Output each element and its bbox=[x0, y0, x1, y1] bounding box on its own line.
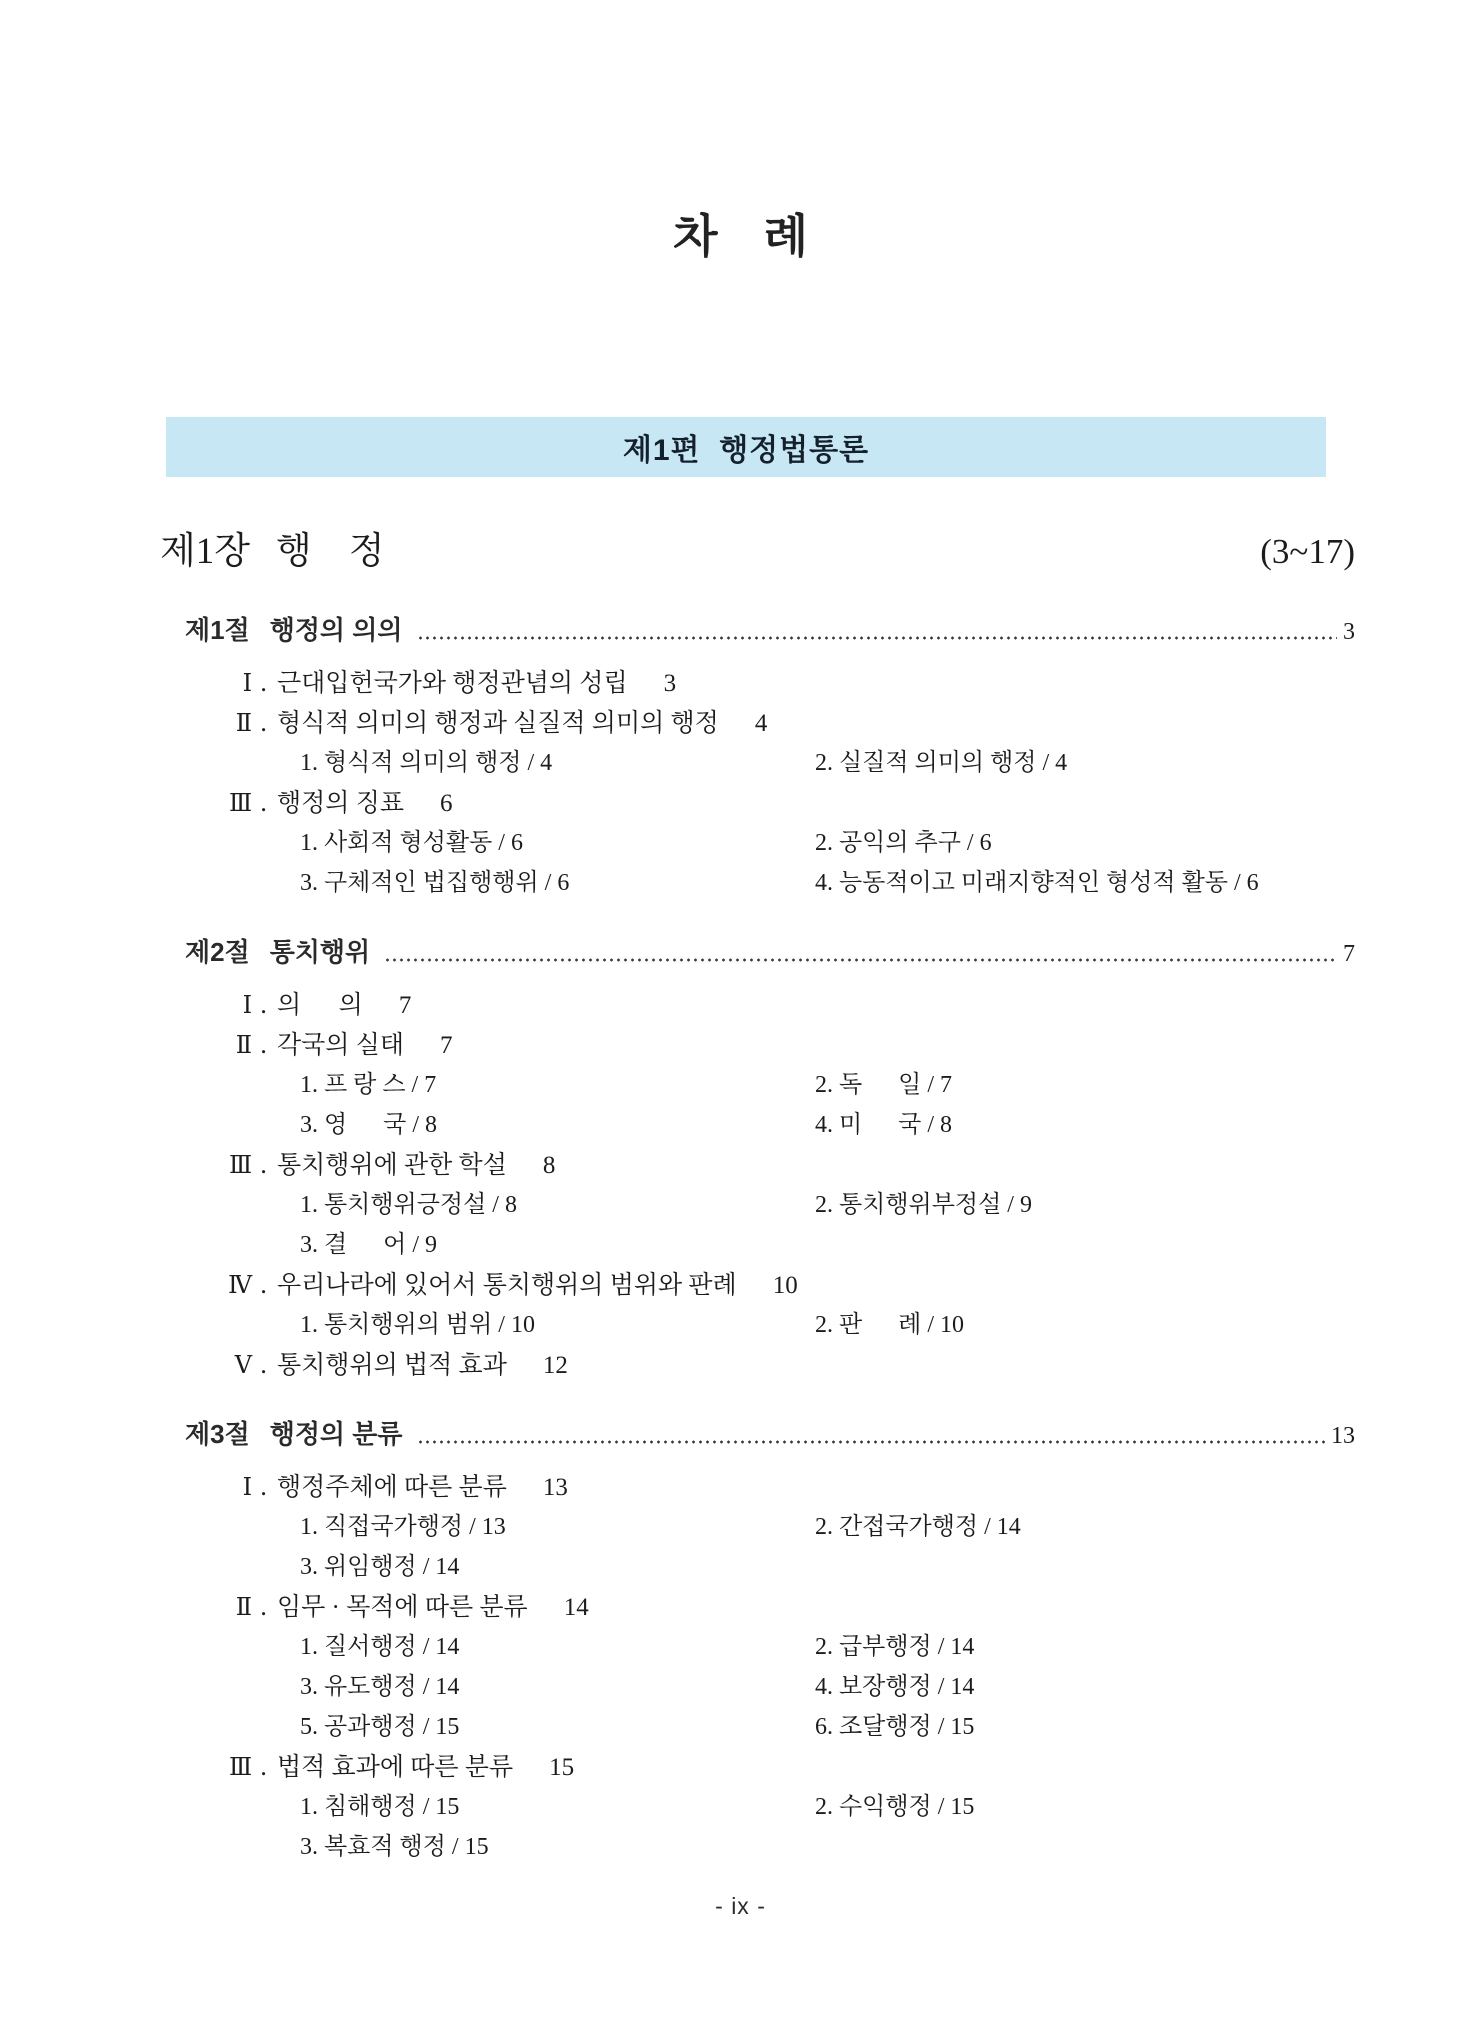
toc-item: Ⅱ각국의 실태7 bbox=[160, 1025, 1355, 1065]
sub-item bbox=[815, 1827, 1355, 1867]
item-page-number: 10 bbox=[773, 1266, 798, 1306]
sub-item: 6. 조달행정 / 15 bbox=[815, 1707, 1355, 1747]
sub-item-row: 1. 통치행위긍정설 / 82. 통치행위부정설 / 9 bbox=[160, 1185, 1355, 1225]
sub-item: 1. 사회적 형성활동 / 6 bbox=[300, 823, 815, 863]
section-title: 행정의 의의 bbox=[270, 609, 403, 651]
part-banner: 제1편 행정법통론 bbox=[166, 417, 1326, 477]
sub-item-row: 3. 구체적인 법집행행위 / 64. 능동적이고 미래지향적인 형성적 활동 … bbox=[160, 863, 1355, 903]
item-numeral: Ⅴ bbox=[160, 1345, 275, 1385]
sub-item bbox=[815, 1225, 1355, 1265]
item-title: 근대입헌국가와 행정관념의 성립 bbox=[277, 664, 628, 704]
sub-item: 3. 영 국 / 8 bbox=[300, 1105, 815, 1145]
item-numeral: Ⅱ bbox=[160, 703, 275, 743]
section-page-number: 13 bbox=[1331, 1415, 1355, 1457]
item-title: 우리나라에 있어서 통치행위의 범위와 판례 bbox=[277, 1266, 737, 1306]
sub-item: 1. 통치행위긍정설 / 8 bbox=[300, 1185, 815, 1225]
sub-item-row: 1. 질서행정 / 142. 급부행정 / 14 bbox=[160, 1627, 1355, 1667]
page-title: 차 례 bbox=[0, 212, 1481, 262]
dotted-leader bbox=[417, 1440, 1325, 1444]
sub-item-row: 1. 통치행위의 범위 / 102. 판 례 / 10 bbox=[160, 1305, 1355, 1345]
sub-item: 2. 판 례 / 10 bbox=[815, 1305, 1355, 1345]
item-numeral: Ⅲ bbox=[160, 783, 275, 823]
sub-item: 4. 능동적이고 미래지향적인 형성적 활동 / 6 bbox=[815, 863, 1355, 903]
item-page-number: 3 bbox=[664, 664, 677, 704]
item-page-number: 7 bbox=[440, 1026, 453, 1066]
chapter-heading: 제1장 행 정 (3~17) bbox=[160, 527, 1355, 577]
sub-item: 1. 형식적 의미의 행정 / 4 bbox=[300, 743, 815, 783]
item-numeral: Ⅰ bbox=[160, 985, 275, 1025]
sub-item: 2. 공익의 추구 / 6 bbox=[815, 823, 1355, 863]
sub-item: 3. 위임행정 / 14 bbox=[300, 1547, 815, 1587]
sub-item: 2. 독 일 / 7 bbox=[815, 1065, 1355, 1105]
section-header: 제3절행정의 분류13 bbox=[160, 1413, 1355, 1455]
chapter-page-range: (3~17) bbox=[1260, 527, 1355, 577]
section-label: 제1절 bbox=[185, 609, 250, 651]
section-header: 제1절행정의 의의3 bbox=[160, 609, 1355, 651]
toc-section: 제3절행정의 분류13Ⅰ행정주체에 따른 분류131. 직접국가행정 / 132… bbox=[160, 1413, 1355, 1867]
part-banner-label: 제1편 행정법통론 bbox=[623, 425, 869, 469]
sub-item-row: 1. 프 랑 스 / 72. 독 일 / 7 bbox=[160, 1065, 1355, 1105]
sub-item-row: 3. 복효적 행정 / 15 bbox=[160, 1827, 1355, 1867]
page-number: - ix - bbox=[0, 1893, 1481, 1920]
section-title: 행정의 분류 bbox=[270, 1413, 403, 1455]
item-page-number: 15 bbox=[549, 1748, 574, 1788]
item-numeral: Ⅲ bbox=[160, 1145, 275, 1185]
sub-item: 2. 간접국가행정 / 14 bbox=[815, 1507, 1355, 1547]
sub-item-row: 1. 사회적 형성활동 / 62. 공익의 추구 / 6 bbox=[160, 823, 1355, 863]
dotted-leader bbox=[384, 958, 1337, 962]
sub-item: 4. 보장행정 / 14 bbox=[815, 1667, 1355, 1707]
sub-item: 3. 결 어 / 9 bbox=[300, 1225, 815, 1265]
sub-item: 1. 직접국가행정 / 13 bbox=[300, 1507, 815, 1547]
item-page-number: 13 bbox=[543, 1468, 568, 1508]
item-page-number: 6 bbox=[440, 784, 453, 824]
sub-item: 1. 질서행정 / 14 bbox=[300, 1627, 815, 1667]
item-page-number: 12 bbox=[543, 1346, 568, 1386]
toc-item: Ⅱ임무 · 목적에 따른 분류14 bbox=[160, 1587, 1355, 1627]
item-title: 각국의 실태 bbox=[277, 1026, 404, 1066]
section-label: 제3절 bbox=[185, 1413, 250, 1455]
item-numeral: Ⅱ bbox=[160, 1025, 275, 1065]
sub-item-row: 3. 영 국 / 84. 미 국 / 8 bbox=[160, 1105, 1355, 1145]
item-title: 행정의 징표 bbox=[277, 784, 404, 824]
toc-item: Ⅰ근대입헌국가와 행정관념의 성립3 bbox=[160, 663, 1355, 703]
toc-item: Ⅳ우리나라에 있어서 통치행위의 범위와 판례10 bbox=[160, 1265, 1355, 1305]
dotted-leader bbox=[417, 636, 1337, 640]
item-title: 형식적 의미의 행정과 실질적 의미의 행정 bbox=[277, 704, 719, 744]
sub-item-row: 5. 공과행정 / 156. 조달행정 / 15 bbox=[160, 1707, 1355, 1747]
item-title: 통치행위에 관한 학설 bbox=[277, 1146, 507, 1186]
item-title: 임무 · 목적에 따른 분류 bbox=[277, 1588, 528, 1628]
toc-item: Ⅲ법적 효과에 따른 분류15 bbox=[160, 1747, 1355, 1787]
section-page-number: 3 bbox=[1343, 611, 1355, 653]
item-title: 의 의 bbox=[277, 986, 363, 1026]
chapter-title: 행 정 bbox=[276, 527, 384, 577]
item-title: 통치행위의 법적 효과 bbox=[277, 1346, 507, 1386]
sub-item: 1. 통치행위의 범위 / 10 bbox=[300, 1305, 815, 1345]
section-page-number: 7 bbox=[1343, 933, 1355, 975]
sub-item: 4. 미 국 / 8 bbox=[815, 1105, 1355, 1145]
sub-item: 2. 급부행정 / 14 bbox=[815, 1627, 1355, 1667]
sub-item: 1. 침해행정 / 15 bbox=[300, 1787, 815, 1827]
item-numeral: Ⅱ bbox=[160, 1587, 275, 1627]
toc-section: 제2절통치행위7Ⅰ의 의7Ⅱ각국의 실태71. 프 랑 스 / 72. 독 일 … bbox=[160, 931, 1355, 1385]
toc-item: Ⅰ행정주체에 따른 분류13 bbox=[160, 1467, 1355, 1507]
item-page-number: 4 bbox=[755, 704, 768, 744]
sub-item: 2. 통치행위부정설 / 9 bbox=[815, 1185, 1355, 1225]
item-title: 법적 효과에 따른 분류 bbox=[277, 1748, 513, 1788]
toc-section: 제1절행정의 의의3Ⅰ근대입헌국가와 행정관념의 성립3Ⅱ형식적 의미의 행정과… bbox=[160, 609, 1355, 903]
item-title: 행정주체에 따른 분류 bbox=[277, 1468, 507, 1508]
sub-item: 3. 복효적 행정 / 15 bbox=[300, 1827, 815, 1867]
sub-item bbox=[815, 1547, 1355, 1587]
toc-item: Ⅰ의 의7 bbox=[160, 985, 1355, 1025]
sub-item-row: 1. 직접국가행정 / 132. 간접국가행정 / 14 bbox=[160, 1507, 1355, 1547]
sub-item-row: 3. 유도행정 / 144. 보장행정 / 14 bbox=[160, 1667, 1355, 1707]
sub-item-row: 1. 침해행정 / 152. 수익행정 / 15 bbox=[160, 1787, 1355, 1827]
toc-item: Ⅲ통치행위에 관한 학설8 bbox=[160, 1145, 1355, 1185]
toc-item: Ⅲ행정의 징표6 bbox=[160, 783, 1355, 823]
item-numeral: Ⅰ bbox=[160, 663, 275, 703]
item-numeral: Ⅳ bbox=[160, 1265, 275, 1305]
sub-item: 2. 수익행정 / 15 bbox=[815, 1787, 1355, 1827]
sub-item-row: 1. 형식적 의미의 행정 / 42. 실질적 의미의 행정 / 4 bbox=[160, 743, 1355, 783]
toc-item: Ⅱ형식적 의미의 행정과 실질적 의미의 행정4 bbox=[160, 703, 1355, 743]
item-page-number: 8 bbox=[543, 1146, 556, 1186]
sub-item-row: 3. 결 어 / 9 bbox=[160, 1225, 1355, 1265]
item-numeral: Ⅲ bbox=[160, 1747, 275, 1787]
sub-item: 3. 유도행정 / 14 bbox=[300, 1667, 815, 1707]
section-label: 제2절 bbox=[185, 931, 250, 973]
section-header: 제2절통치행위7 bbox=[160, 931, 1355, 973]
sub-item: 2. 실질적 의미의 행정 / 4 bbox=[815, 743, 1355, 783]
sub-item: 5. 공과행정 / 15 bbox=[300, 1707, 815, 1747]
toc-item: Ⅴ통치행위의 법적 효과12 bbox=[160, 1345, 1355, 1385]
item-page-number: 14 bbox=[564, 1588, 589, 1628]
sub-item: 1. 프 랑 스 / 7 bbox=[300, 1065, 815, 1105]
sub-item: 3. 구체적인 법집행행위 / 6 bbox=[300, 863, 815, 903]
chapter-label: 제1장 bbox=[160, 527, 250, 577]
sub-item-row: 3. 위임행정 / 14 bbox=[160, 1547, 1355, 1587]
toc-sections: 제1절행정의 의의3Ⅰ근대입헌국가와 행정관념의 성립3Ⅱ형식적 의미의 행정과… bbox=[160, 609, 1355, 1867]
section-title: 통치행위 bbox=[270, 931, 370, 973]
item-numeral: Ⅰ bbox=[160, 1467, 275, 1507]
item-page-number: 7 bbox=[399, 986, 412, 1026]
